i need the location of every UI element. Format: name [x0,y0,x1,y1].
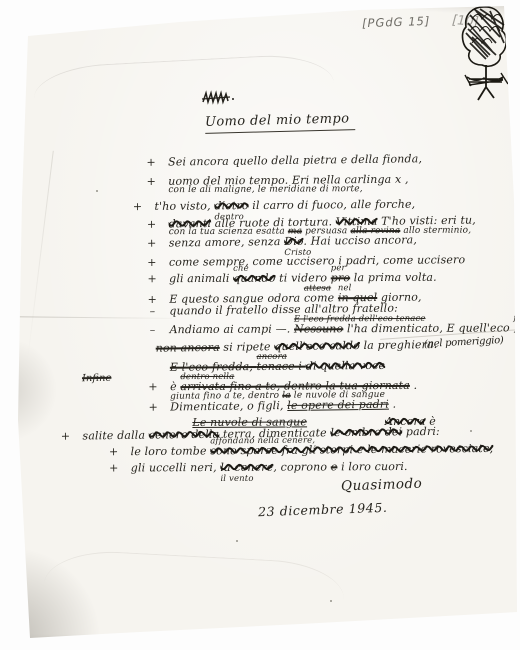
poem-segment: t'ho visto, [154,199,214,213]
line-marker: + [143,256,161,270]
ink-doodle-emblem-icon [456,3,516,103]
poem-segment: Dimenticate, o figli, [170,399,287,414]
line-marker: + [105,445,123,459]
line-marker: + [143,237,161,251]
archive-mark: [PGdG 15] [362,14,431,30]
poem-segment: nel [338,281,352,295]
poem-segment: Andiamo ai campi —. [170,323,295,337]
poem-segment: di quella voce [306,359,386,373]
poem-segment: salite dalla [82,429,148,443]
poem-segment: per [331,261,346,275]
line-marker: + [105,461,123,475]
paper-speck [330,600,332,602]
poem-segment: gli uccelli neri, [131,461,221,474]
poem-segment: le opere dei padri [287,398,389,412]
poem-segment: senza amore, senza [169,235,285,250]
paper-crease [27,151,54,360]
poem-line: +t'ho visto, dentrodietro il carro di fu… [128,197,520,215]
paper-speck [236,540,238,542]
poem-segment: , coprono [273,460,330,473]
signature: Quasimodo [341,476,423,495]
line-marker: + [143,272,161,286]
poem-segment: come sempre, come uccisero i padri, come… [169,253,465,269]
poem-line: con le ali maligne, le meridiane di mort… [142,183,520,196]
poem-segment: padri: [402,425,440,438]
paper-speck [96,190,98,192]
poem-segment: dentro nella [180,370,234,384]
poem-body: +Sei ancora quello della pietra e della … [142,149,520,476]
left-margin-strikeout: Infine [82,373,112,385]
line-marker: – [143,305,161,319]
poem-title: Uomo del mio tempo [205,111,356,134]
line-marker: + [142,156,160,170]
poem-segment: che [233,262,249,276]
poem-segment: gli animali [169,272,233,285]
date: 23 dicembre 1945. [258,500,388,520]
crossed-word-scribble-icon [201,90,235,106]
poem-segment: . [389,398,396,411]
poem-segment: la prima volta. [350,271,437,284]
title-block: Uomo del mio tempo [205,107,356,134]
poem-line: +gli animali chequando ti videro perpro … [143,270,520,286]
poem-line: +le loro tombe affondano nella cenere,so… [105,441,520,459]
poem-segment: affondano nella cenere, [210,433,315,448]
line-marker: + [56,430,74,444]
poem-segment: con le ali maligne, le meridiane di mort… [168,184,362,195]
poem-segment: E l'eco fredda dell'eco tenace [294,312,426,327]
poem-segment: cenere della [149,428,220,442]
manuscript-page: [PGdG 15] [10] Uomo del mio tempo +Sei a… [0,0,520,650]
poem-segment: . Hai ucciso ancora, [303,233,417,247]
line-marker: – [144,323,162,337]
poem-segment: il vento [220,472,253,486]
scanned-manuscript: [PGdG 15] [10] Uomo del mio tempo +Sei a… [0,0,520,650]
poem-segment: le loro tombe [131,444,211,458]
line-marker: + [144,401,162,415]
poem-segment: non ancora [156,341,220,355]
line-marker: + [128,200,146,214]
poem-segment: attesa [304,281,331,295]
poem-segment: ancora [256,350,287,364]
poem-segment: i loro cuori. [337,460,407,473]
poem-segment: le ombre dei [330,425,402,439]
poem-segment: quell'eco caldo [274,339,360,353]
paper-crease [42,548,345,635]
poem-segment: Sei ancora quello della pietra e della f… [168,152,422,168]
poem-segment: fredda [513,311,520,325]
poem-line: –Andiamo ai campi —. E l'eco fredda dell… [144,321,520,337]
poem-line: +gli uccelli neri, il ventola cenere, co… [105,459,520,475]
poem-segment: il carro di fuoco, alle forche, [249,198,416,212]
poem-line: +Sei ancora quello della pietra e della … [142,151,520,170]
